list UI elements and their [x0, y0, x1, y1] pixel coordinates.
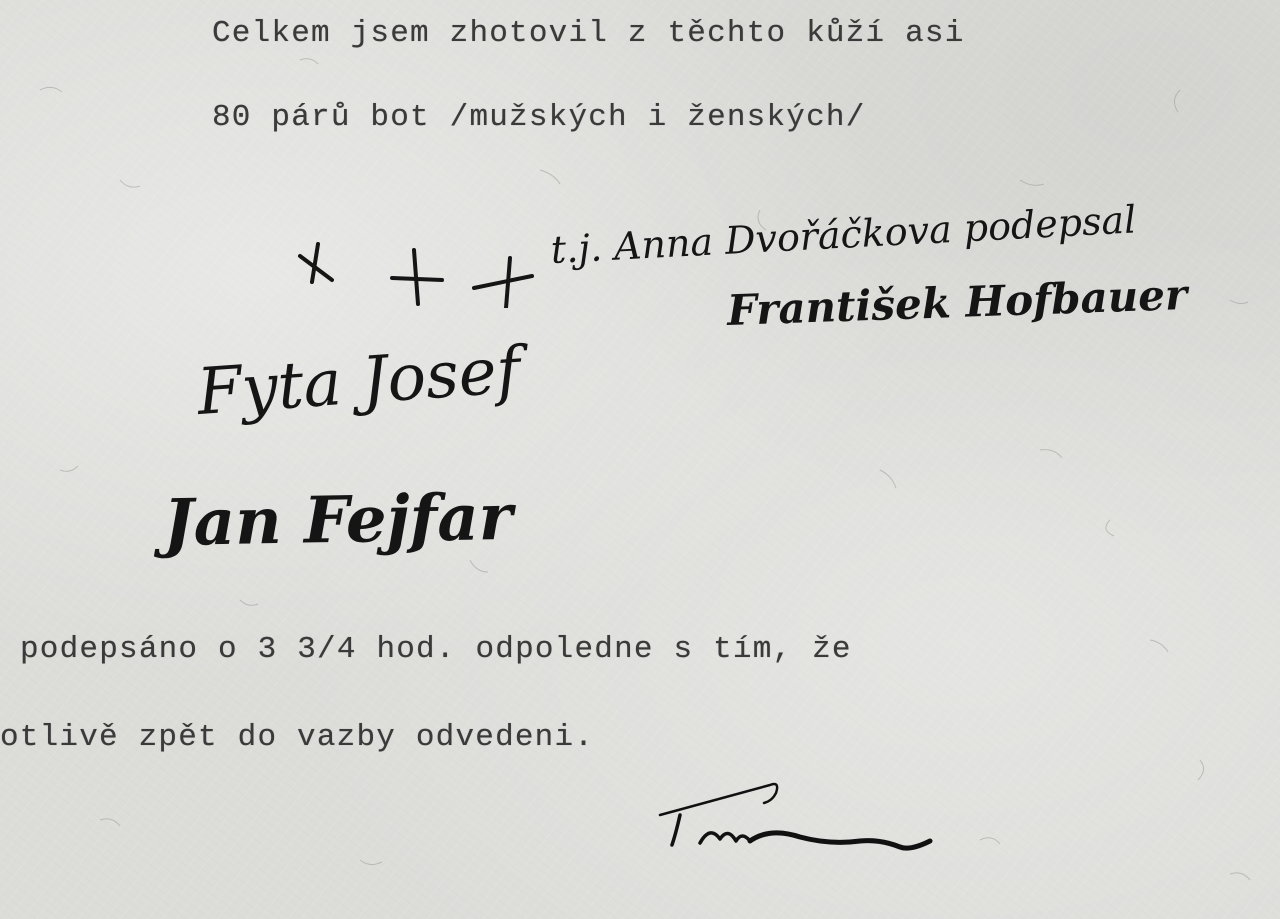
document-page: Celkem jsem zhotovil z těchto kůží asi 8…: [0, 0, 1280, 919]
cross-marks-icon: [292, 238, 552, 308]
typed-line-2: 80 párů bot /mužských i ženských/: [212, 100, 866, 135]
handwritten-anna-line: t.j. Anna Dvořáčkova podepsal: [550, 197, 1138, 272]
typed-line-3: podepsáno o 3 3/4 hod. odpoledne s tím, …: [20, 632, 852, 667]
typed-line-4: otlivě zpět do vazby odvedeni.: [0, 720, 594, 755]
final-signature-icon: [640, 775, 940, 865]
handwritten-frantisek-line: František Hofbauer: [726, 270, 1188, 335]
typed-line-1: Celkem jsem zhotovil z těchto kůží asi: [212, 16, 965, 51]
signature-jan-fejfar: Jan Fejfar: [163, 480, 513, 561]
signature-fyta-josef: Fyta Josef: [195, 334, 523, 430]
